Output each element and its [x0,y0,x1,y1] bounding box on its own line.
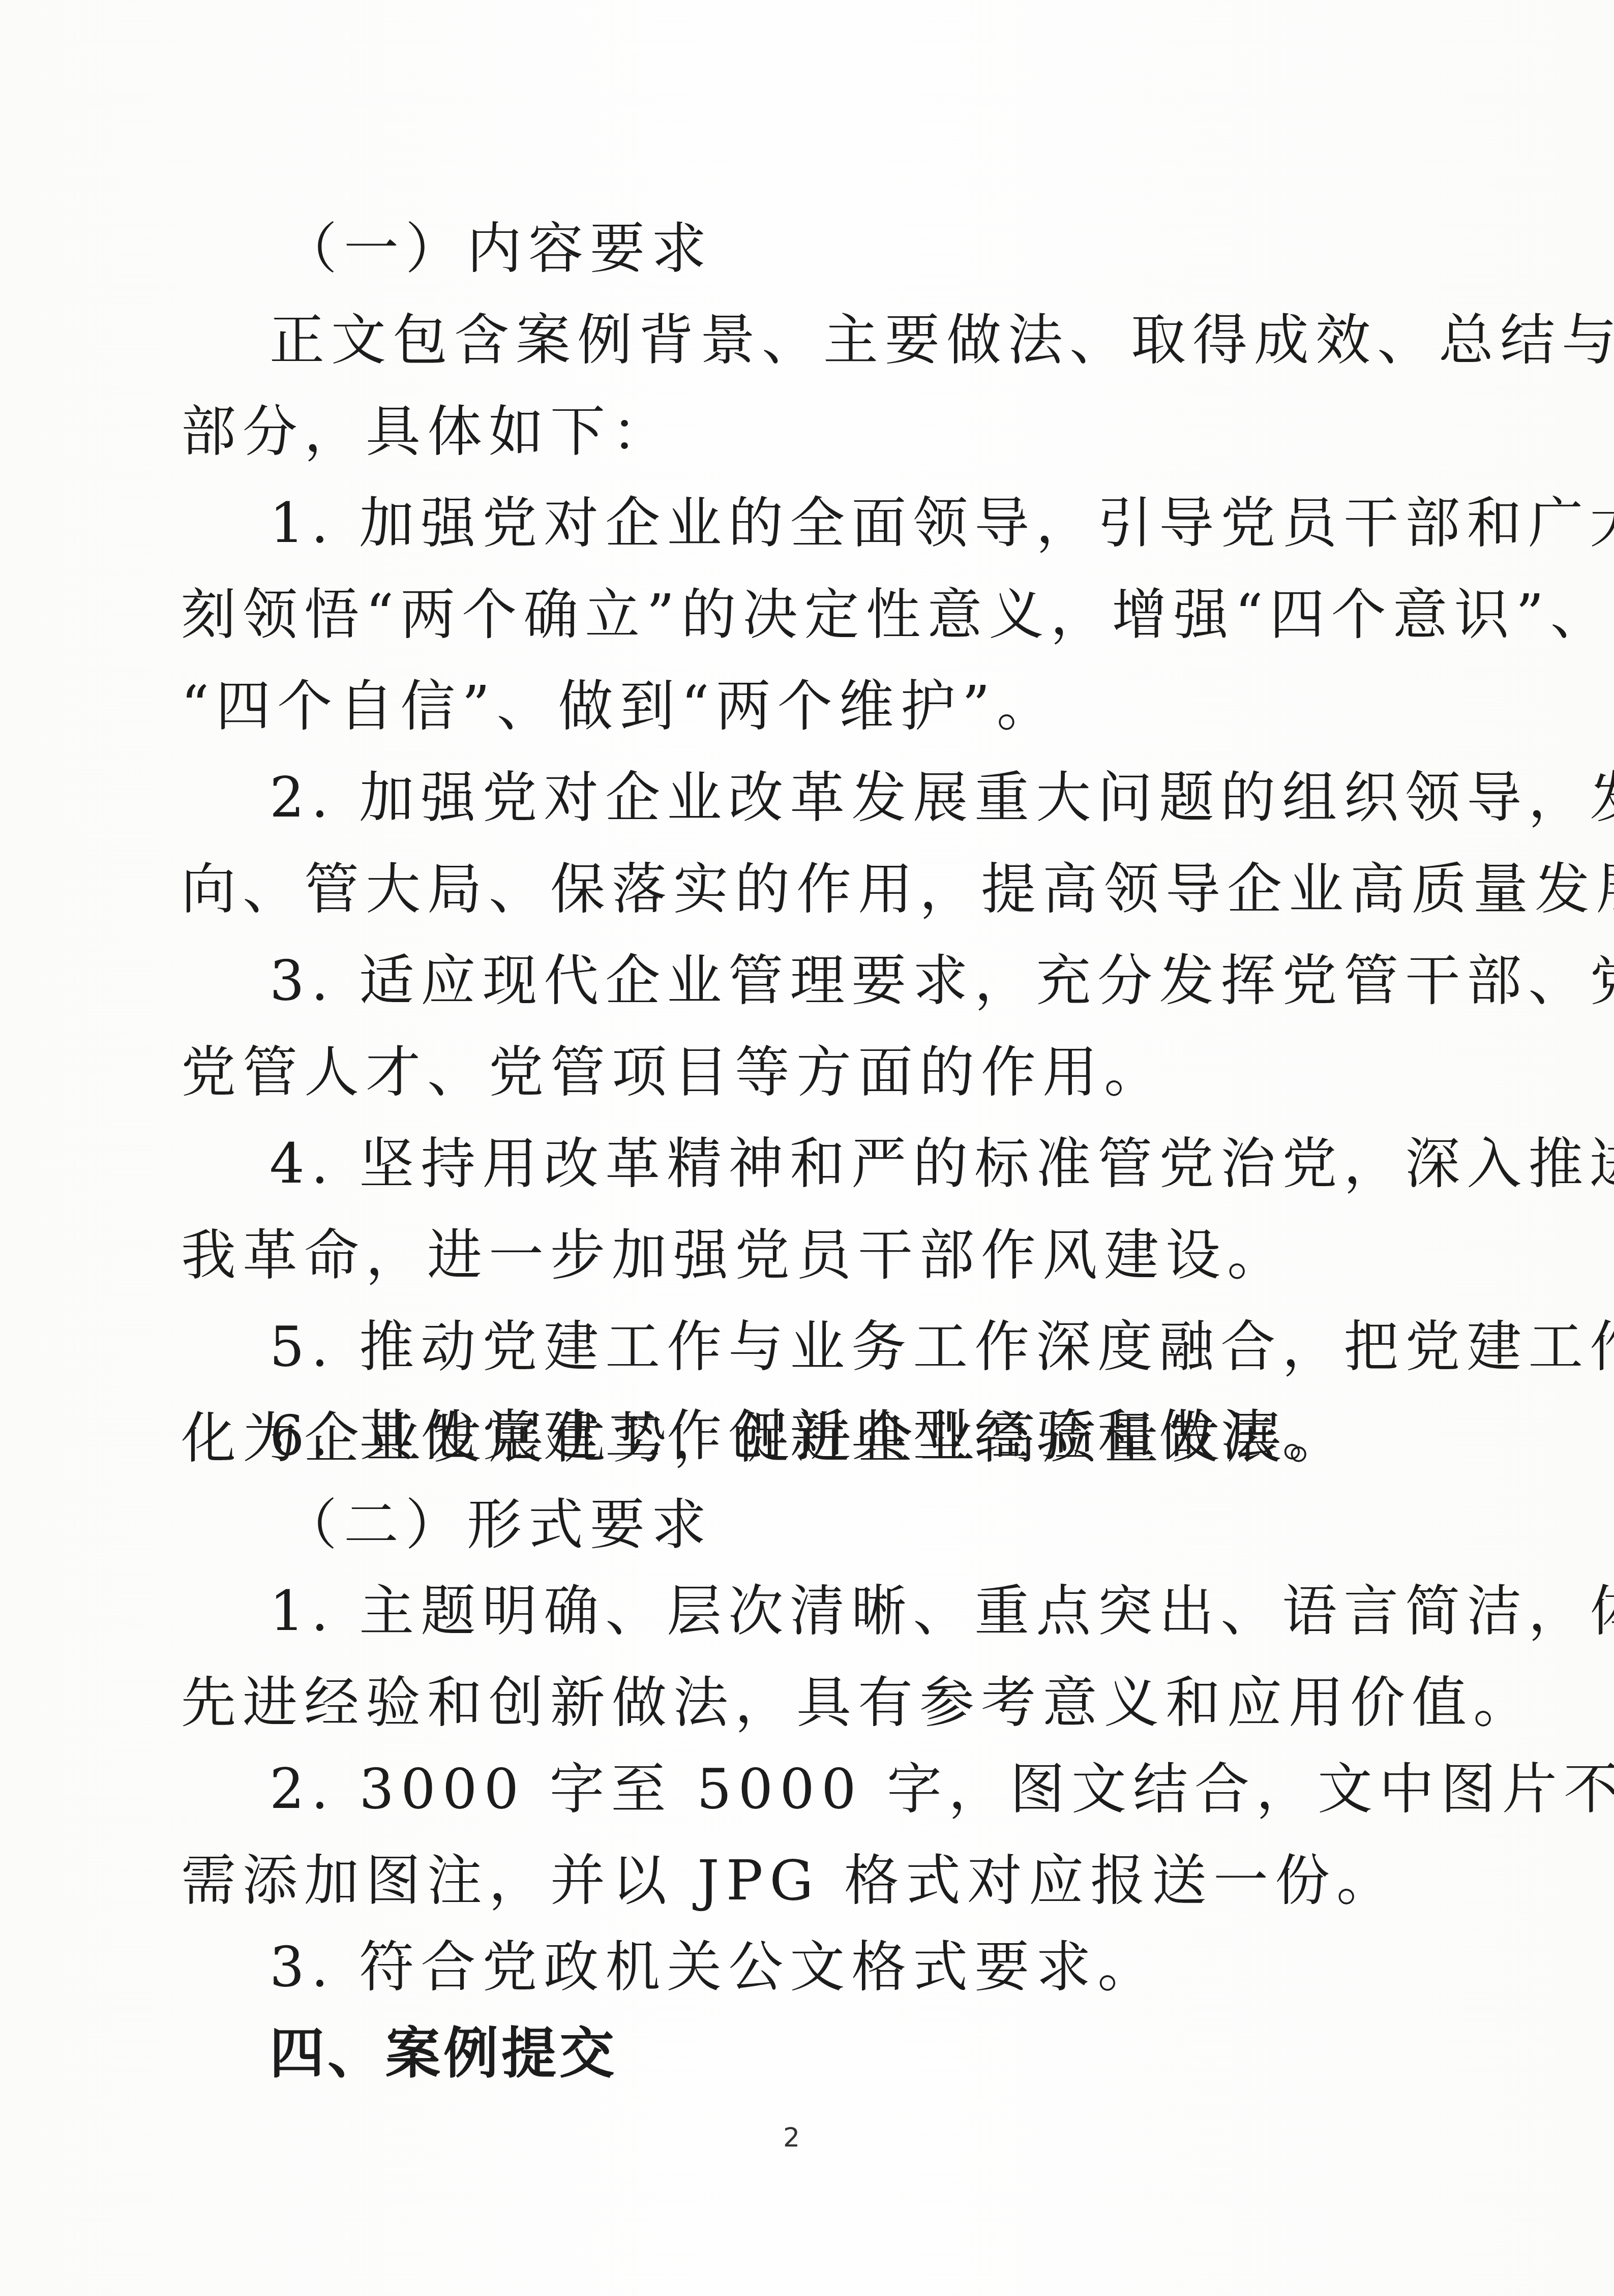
content-item-3-line-1: 3. 适应现代企业管理要求，充分发挥党管干部、党管党员、 [270,948,1470,1014]
content-item-6: 6. 其他党建工作创新典型经验和做法。 [270,1403,1470,1469]
content-item-3-line-2: 党管人才、党管项目等方面的作用。 [181,1040,1381,1106]
section-heading-content-requirements: （一）内容要求 [282,216,1482,282]
format-item-2-line-1: 2. 3000 字至 5000 字，图文结合，文中图片不超过 8 张， [270,1757,1470,1823]
content-item-4-line-1: 4. 坚持用改革精神和严的标准管党治党，深入推进党的自 [270,1131,1470,1197]
content-item-2-line-2: 向、管大局、保落实的作用，提高领导企业高质量发展的能力。 [181,857,1381,923]
content-item-2-line-1: 2. 加强党对企业改革发展重大问题的组织领导，发挥把方 [270,765,1470,831]
content-item-1-line-2: 刻领悟“两个确立”的决定性意义，增强“四个意识”、坚定 [181,582,1381,648]
section-heading-format-requirements: （二）形式要求 [282,1492,1482,1558]
intro-paragraph-line-1: 正文包含案例背景、主要做法、取得成效、总结与展望四 [270,308,1470,374]
intro-paragraph-line-2: 部分，具体如下： [181,399,1381,465]
document-page: （一）内容要求 正文包含案例背景、主要做法、取得成效、总结与展望四 部分，具体如… [0,0,1614,2296]
format-item-2-line-2: 需添加图注，并以 JPG 格式对应报送一份。 [181,1848,1381,1914]
page-number: 2 [783,2123,800,2153]
content-item-1-line-3: “四个自信”、做到“两个维护”。 [181,674,1381,740]
format-item-3: 3. 符合党政机关公文格式要求。 [270,1935,1470,2001]
content-item-5-line-1: 5. 推动党建工作与业务工作深度融合，把党建工作成效转 [270,1314,1470,1380]
format-item-1-line-2: 先进经验和创新做法，具有参考意义和应用价值。 [181,1670,1381,1736]
format-item-1-line-1: 1. 主题明确、层次清晰、重点突出、语言简洁，体现党建 [270,1579,1470,1645]
content-item-1-line-1: 1. 加强党对企业的全面领导，引导党员干部和广大职工深 [270,491,1470,557]
content-item-4-line-2: 我革命，进一步加强党员干部作风建设。 [181,1223,1381,1289]
section-four-heading: 四、案例提交 [270,2021,1470,2087]
